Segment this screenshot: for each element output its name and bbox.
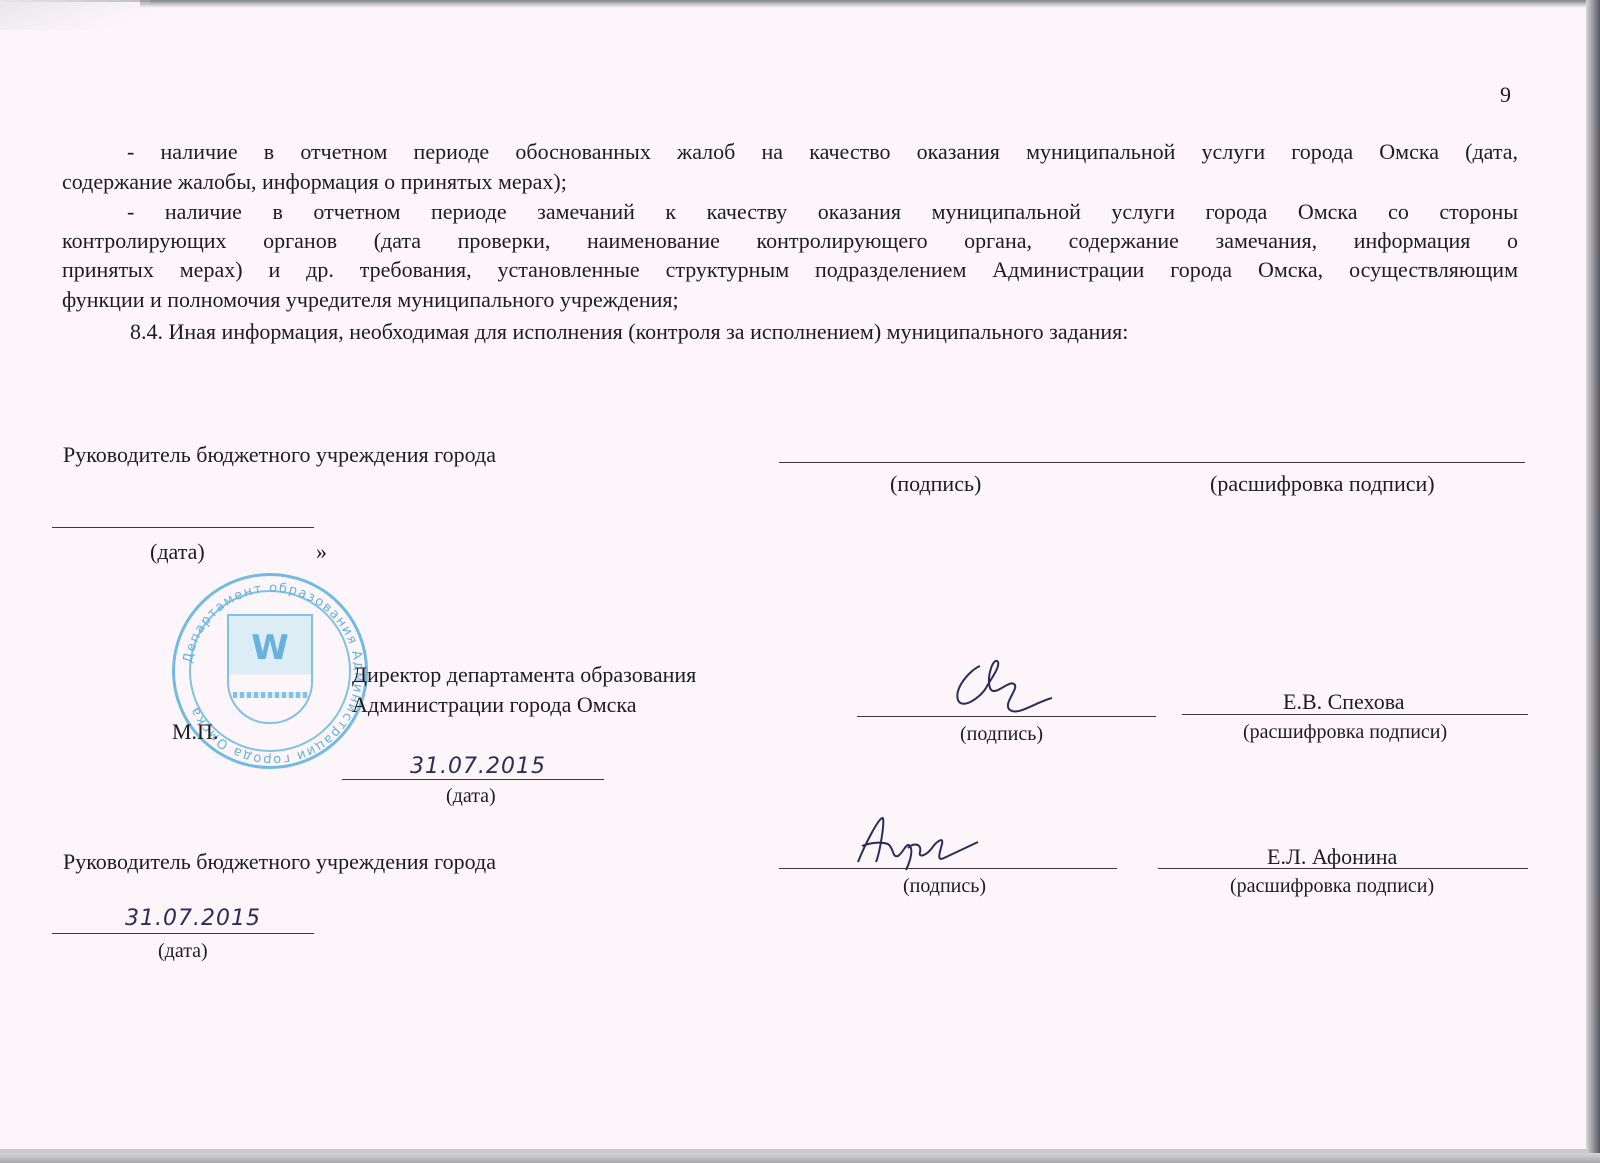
sig3-handwritten-signature <box>848 812 1008 872</box>
scan-bottom-edge <box>0 1153 1600 1163</box>
sig2-title-line1: Директор департамента образования <box>352 660 696 689</box>
sig2-title-line2: Администрации города Омска <box>352 690 637 719</box>
para2-line2: контролирующих органов (дата проверки, н… <box>62 226 1518 255</box>
sig2-date-handwritten: 31.07.2015 <box>410 754 546 779</box>
sig2-signature-caption: (подпись) <box>960 720 1043 749</box>
sig3-name: Е.Л. Афонина <box>1267 842 1397 871</box>
sig1-date-line[interactable] <box>52 527 314 528</box>
sig3-signature-line[interactable] <box>779 868 1117 869</box>
scan-left-fold <box>0 0 150 30</box>
para3-line1: 8.4. Иная информация, необходимая для ис… <box>130 317 1128 346</box>
sig1-signature-line[interactable] <box>779 462 1525 463</box>
page-number: 9 <box>1500 80 1511 109</box>
para2-line3: принятых мерах) и др. требования, устано… <box>62 255 1518 284</box>
para1-line1: - наличие в отчетном периоде обоснованны… <box>127 137 1518 166</box>
sig2-handwritten-signature <box>940 658 1080 720</box>
scan-right-edge <box>1586 0 1600 1163</box>
para2-line1: - наличие в отчетном периоде замечаний к… <box>127 197 1518 226</box>
sig1-quote-mark: » <box>316 537 327 566</box>
sig1-name-caption: (расшифровка подписи) <box>1210 469 1435 498</box>
sig2-signature-line[interactable] <box>857 716 1156 717</box>
sig3-date-caption: (дата) <box>158 937 208 966</box>
sig2-name: Е.В. Спехова <box>1283 687 1405 716</box>
para1-line2: содержание жалобы, информация о принятых… <box>62 167 567 196</box>
sig1-signature-caption: (подпись) <box>890 469 981 498</box>
scan-top-shadow <box>140 0 1600 8</box>
sig1-date-caption: (дата) <box>150 537 205 566</box>
sig3-name-line[interactable] <box>1158 868 1528 869</box>
document-page: 9 - наличие в отчетном периоде обоснован… <box>0 0 1588 1155</box>
sig3-name-caption: (расшифровка подписи) <box>1230 872 1434 901</box>
sig3-signature-caption: (подпись) <box>903 872 986 901</box>
sig2-name-line[interactable] <box>1182 714 1528 715</box>
sig2-name-caption: (расшифровка подписи) <box>1243 718 1447 747</box>
sig3-title: Руководитель бюджетного учреждения город… <box>63 847 496 876</box>
sig1-title: Руководитель бюджетного учреждения город… <box>63 440 496 469</box>
sig2-date-caption: (дата) <box>446 782 496 811</box>
sig3-date-line[interactable] <box>52 933 314 934</box>
seal-label: М.П. <box>172 717 218 746</box>
sig2-date-line[interactable] <box>342 779 604 780</box>
para2-line4: функции и полномочия учредителя муниципа… <box>62 285 679 314</box>
sig3-date-handwritten: 31.07.2015 <box>125 906 261 931</box>
